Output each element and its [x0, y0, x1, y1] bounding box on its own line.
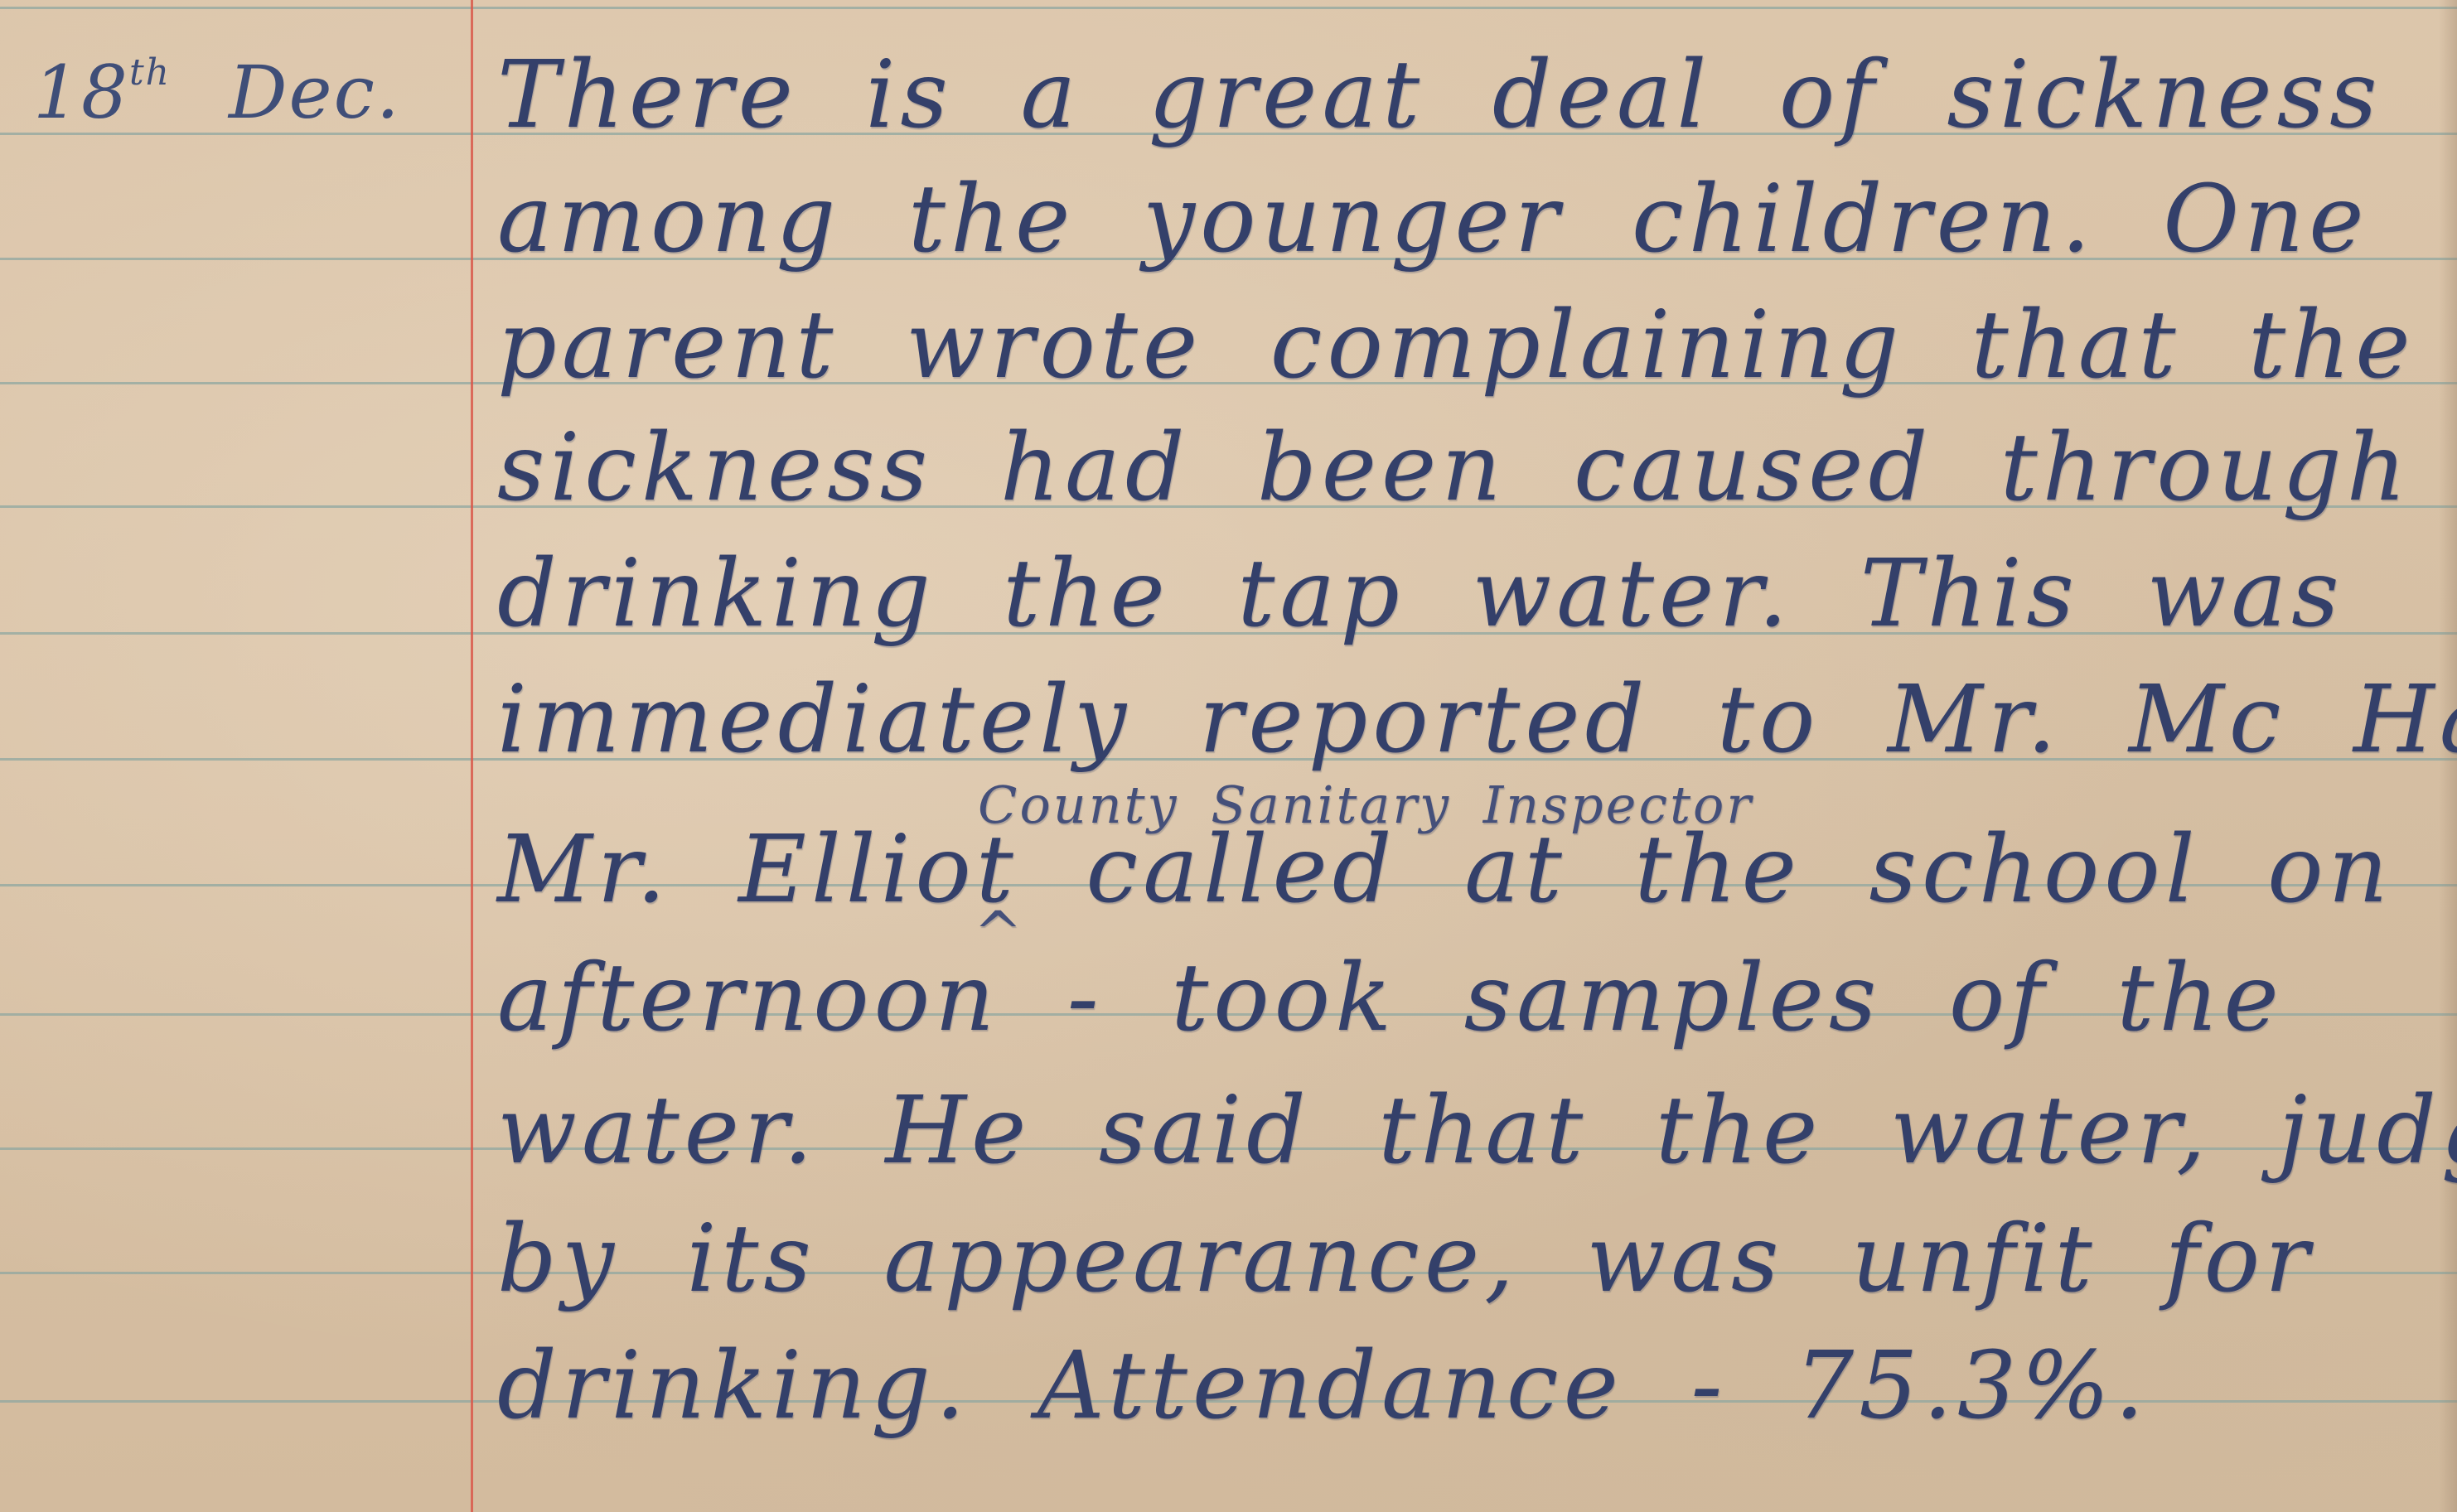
- entry-line-2: among the younger children. One: [497, 166, 2369, 273]
- red-margin-line: [471, 0, 473, 1512]
- entry-line-11-attendance: drinking. Attendance - 75.3%.: [497, 1332, 2149, 1440]
- date-month: Dec.: [229, 50, 401, 135]
- entry-line-5: drinking the tap water. This was: [497, 540, 2344, 648]
- entry-line-6: immediately reported to Mr. Mc Hardy.: [497, 666, 2457, 774]
- entry-line-9: water. He said that the water, judging: [497, 1077, 2457, 1185]
- entry-line-4: sickness had been caused through: [497, 414, 2411, 522]
- entry-date: 18th Dec.: [33, 50, 401, 135]
- entry-line-10: by its appearance, was unfit for: [497, 1205, 2314, 1313]
- rule-line: [0, 7, 2457, 9]
- entry-line-7: Mr. Elliot called at the school on Tues.: [497, 816, 2457, 924]
- logbook-page: 18th Dec. There is a great deal of sickn…: [0, 0, 2457, 1512]
- entry-line-1: There is a great deal of sickness: [497, 41, 2382, 149]
- date-day: 18: [33, 50, 129, 135]
- entry-line-3: parent wrote complaining that the: [497, 292, 2416, 399]
- date-ordinal: th: [129, 51, 171, 94]
- entry-line-8: afternoon - took samples of the: [497, 944, 2284, 1052]
